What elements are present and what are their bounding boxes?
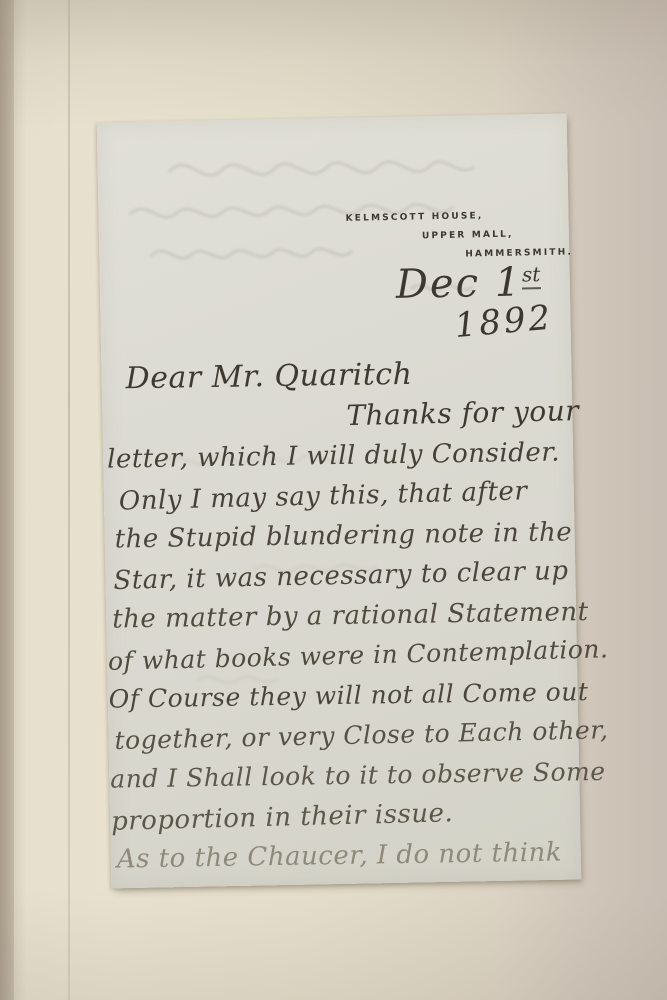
handwritten-date: Dec 1st 1892	[395, 262, 553, 341]
letter-paper: KELMSCOTT HOUSE,UPPER MALL,HAMMERSMITH. …	[97, 114, 582, 889]
page-edge-crease	[68, 0, 70, 1000]
photographed-letter-page: KELMSCOTT HOUSE,UPPER MALL,HAMMERSMITH. …	[0, 0, 667, 1000]
letter-body: Dear Mr. QuaritchThanks for yourletter, …	[105, 352, 581, 881]
handwriting-line: As to the Chaucer, I do not think	[117, 832, 582, 879]
date-ordinal: st	[522, 262, 541, 289]
handwriting-line: Thanks for your	[346, 391, 573, 436]
bottom-shadow	[0, 890, 667, 1000]
book-gutter-highlight	[14, 0, 66, 1000]
date-year: 1892	[453, 300, 554, 343]
date-day: Dec 1	[395, 259, 522, 307]
